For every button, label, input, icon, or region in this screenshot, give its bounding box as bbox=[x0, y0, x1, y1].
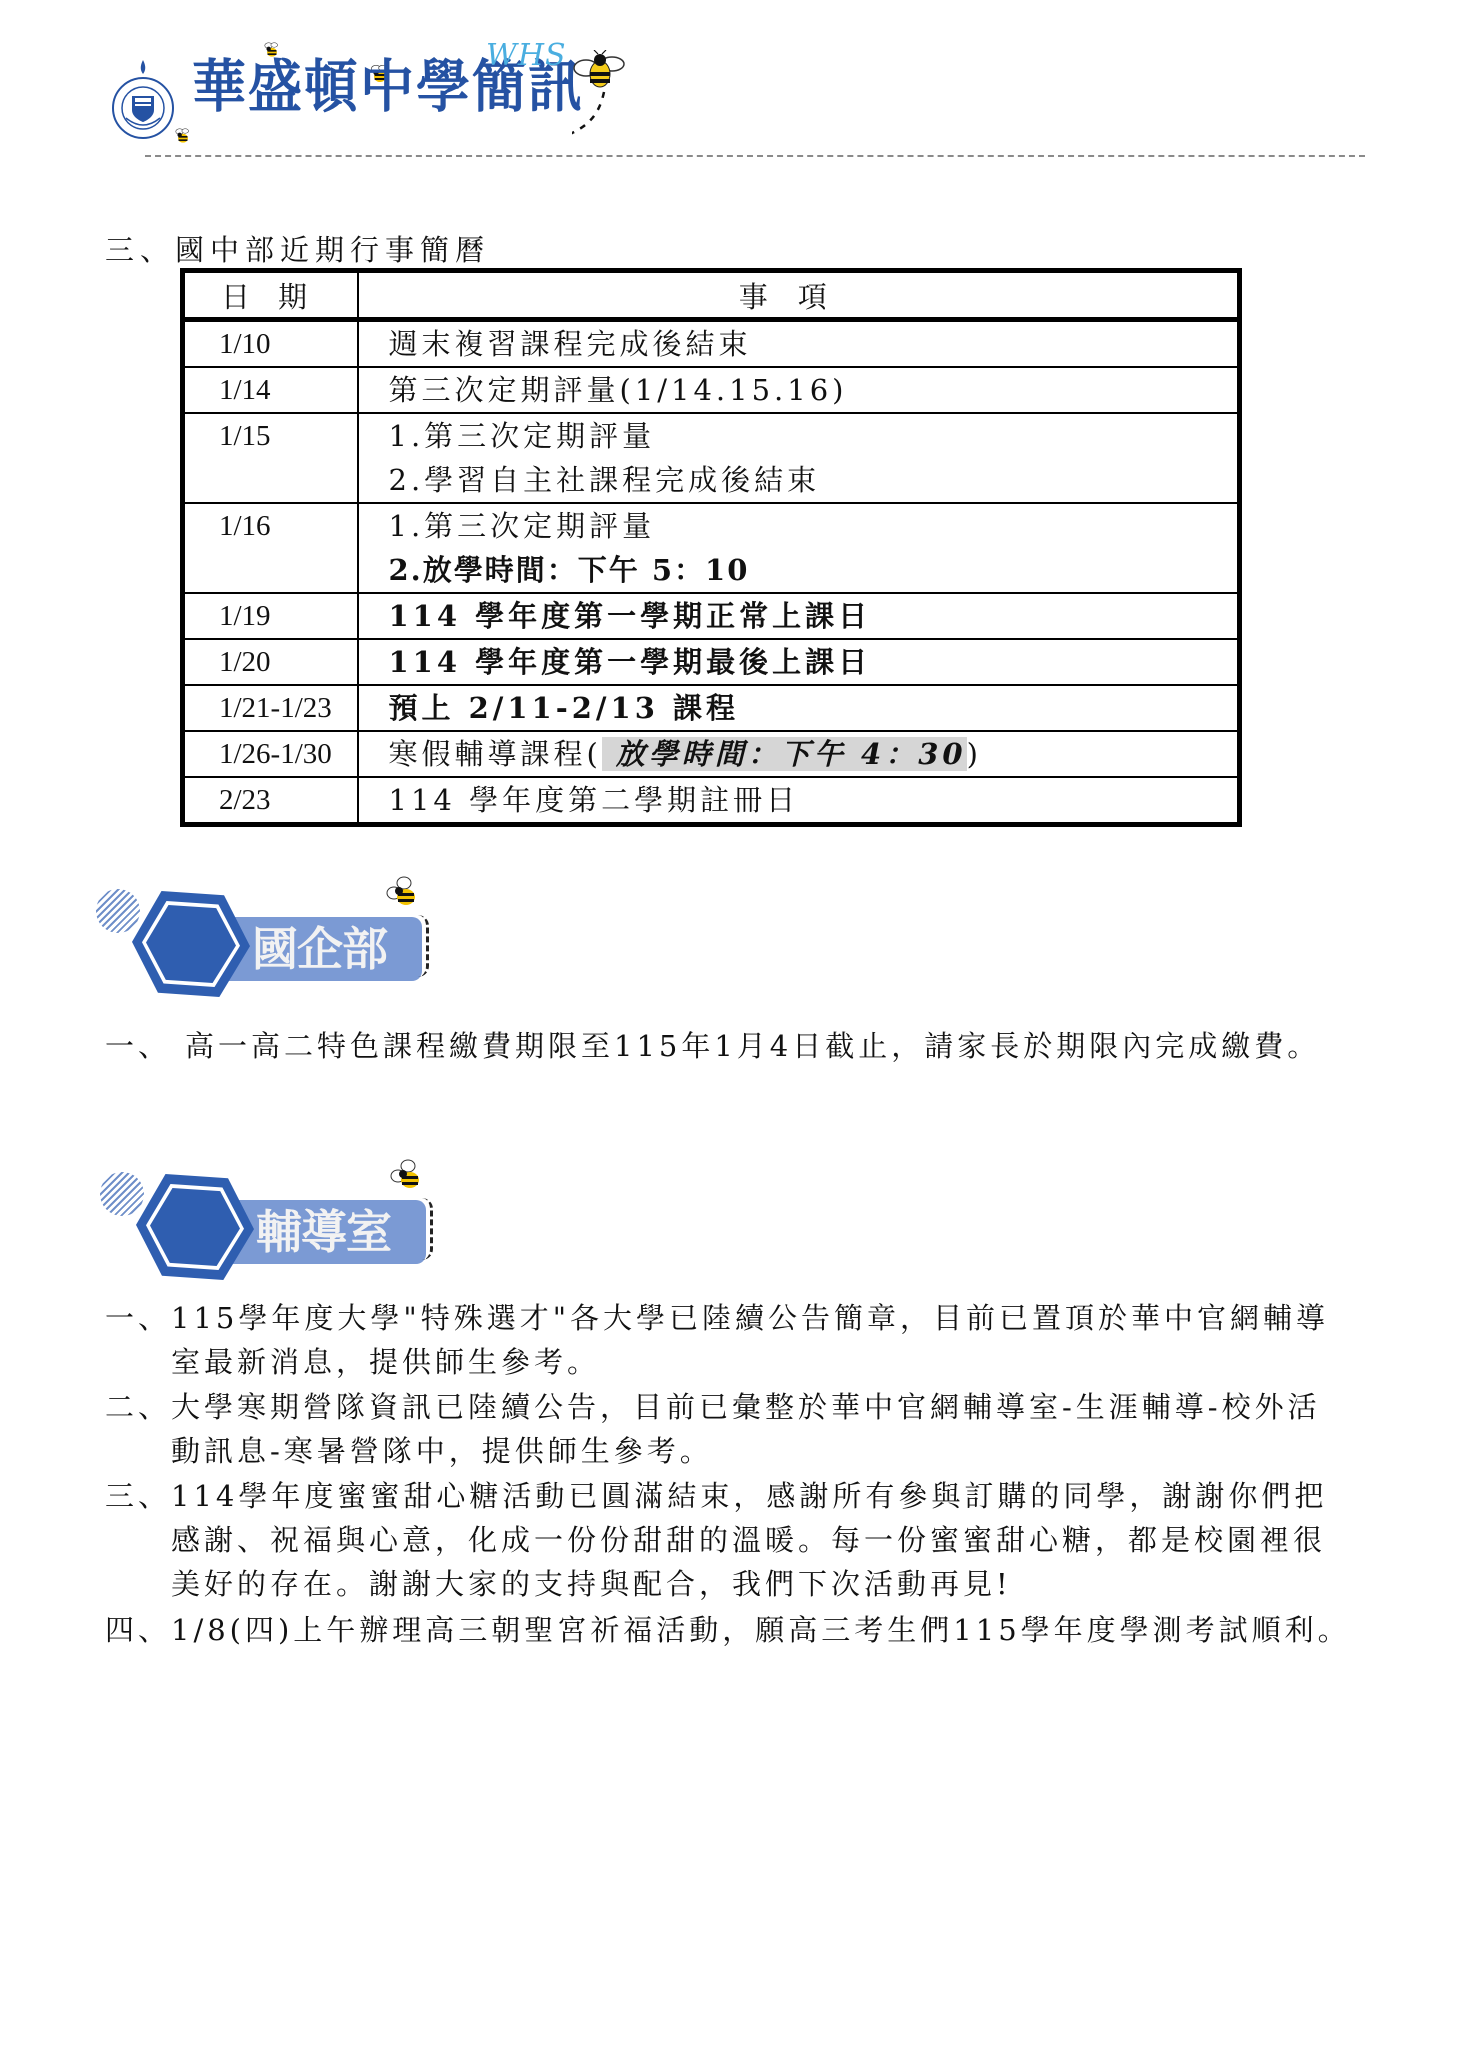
event-cell: 週末複習課程完成後結束 bbox=[358, 320, 1240, 368]
date-cell: 1/16 bbox=[183, 503, 358, 593]
bee-icon bbox=[388, 1158, 424, 1194]
junior-calendar-table: 日期 事項 1/10 週末複習課程完成後結束 1/14 第三次定期評量(1/14… bbox=[180, 268, 1242, 827]
table-row: 1/10 週末複習課程完成後結束 bbox=[183, 320, 1240, 368]
list-marker: 四、 bbox=[105, 1608, 171, 1652]
event-line: 1.第三次定期評量 bbox=[389, 414, 1238, 458]
event-cell: 1.第三次定期評量 2.學習自主社課程完成後結束 bbox=[358, 413, 1240, 503]
list-marker: 三、 bbox=[105, 1474, 171, 1518]
list-text-line: 美好的存在。謝謝大家的支持與配合，我們下次活動再見! bbox=[105, 1562, 1395, 1606]
event-cell: 寒假輔導課程( 放學時間：下午 4：30) bbox=[358, 731, 1240, 777]
school-seal-logo bbox=[110, 58, 176, 142]
event-cell: 114 學年度第一學期正常上課日 bbox=[358, 593, 1240, 639]
date-cell: 1/19 bbox=[183, 593, 358, 639]
list-text-line: 動訊息-寒暑營隊中，提供師生參考。 bbox=[105, 1429, 1395, 1473]
list-text-line: 115學年度大學"特殊選才"各大學已陸續公告簡章，目前已置頂於華中官網輔導 bbox=[105, 1296, 1395, 1340]
list-text-line: 1/8(四)上午辦理高三朝聖宮祈福活動，願高三考生們115學年度學測考試順利。 bbox=[105, 1608, 1395, 1652]
section-banner-counseling: 輔導室 bbox=[96, 1158, 436, 1278]
table-row: 1/20 114 學年度第一學期最後上課日 bbox=[183, 639, 1240, 685]
header-divider bbox=[145, 155, 1365, 157]
list-marker: 一、 bbox=[105, 1296, 171, 1340]
bee-icon bbox=[173, 126, 193, 146]
table-row: 1/15 1.第三次定期評量 2.學習自主社課程完成後結束 bbox=[183, 413, 1240, 503]
table-row: 2/23 114 學年度第二學期註冊日 bbox=[183, 777, 1240, 825]
table-row: 1/16 1.第三次定期評量 2.放學時間：下午 5：10 bbox=[183, 503, 1240, 593]
event-line: 1.第三次定期評量 bbox=[389, 504, 1238, 548]
bee-icon bbox=[384, 875, 420, 911]
column-header-date: 日期 bbox=[183, 271, 358, 320]
date-cell: 1/15 bbox=[183, 413, 358, 503]
event-text-suffix: ) bbox=[967, 737, 982, 771]
list-marker: 二、 bbox=[105, 1385, 171, 1429]
date-cell: 2/23 bbox=[183, 777, 358, 825]
event-cell: 114 學年度第一學期最後上課日 bbox=[358, 639, 1240, 685]
list-text-line: 感謝、祝福與心意，化成一份份甜甜的溫暖。每一份蜜蜜甜心糖，都是校園裡很 bbox=[105, 1518, 1395, 1562]
date-cell: 1/21-1/23 bbox=[183, 685, 358, 731]
list-text: 高一高二特色課程繳費期限至115年1月4日截止，請家長於期限內完成繳費。 bbox=[105, 1024, 1395, 1068]
table-row: 1/14 第三次定期評量(1/14.15.16) bbox=[183, 367, 1240, 413]
list-item: 一、 高一高二特色課程繳費期限至115年1月4日截止，請家長於期限內完成繳費。 bbox=[105, 1024, 1395, 1068]
table-row: 1/21-1/23 預上 2/11-2/13 課程 bbox=[183, 685, 1240, 731]
highlighted-dismissal-time: 放學時間：下午 4：30 bbox=[602, 737, 967, 771]
list-item: 一、 115學年度大學"特殊選才"各大學已陸續公告簡章，目前已置頂於華中官網輔導… bbox=[105, 1296, 1395, 1384]
date-cell: 1/20 bbox=[183, 639, 358, 685]
event-cell: 第三次定期評量(1/14.15.16) bbox=[358, 367, 1240, 413]
event-line: 2.學習自主社課程完成後結束 bbox=[389, 458, 1238, 502]
flying-bee-icon bbox=[572, 50, 632, 150]
event-cell: 1.第三次定期評量 2.放學時間：下午 5：10 bbox=[358, 503, 1240, 593]
event-text: 寒假輔導課程( bbox=[389, 737, 602, 771]
event-line-dismissal-time: 2.放學時間：下午 5：10 bbox=[389, 548, 1238, 592]
list-marker: 一、 bbox=[105, 1024, 171, 1068]
date-cell: 1/26-1/30 bbox=[183, 731, 358, 777]
table-row: 1/19 114 學年度第一學期正常上課日 bbox=[183, 593, 1240, 639]
column-header-event: 事項 bbox=[358, 271, 1240, 320]
whs-tagline: WHS bbox=[486, 38, 567, 73]
date-cell: 1/14 bbox=[183, 367, 358, 413]
list-text-line: 114學年度蜜蜜甜心糖活動已圓滿結束，感謝所有參與訂購的同學，謝謝你們把 bbox=[105, 1474, 1395, 1518]
banner-label: 國企部 bbox=[252, 921, 387, 977]
list-text-line: 大學寒期營隊資訊已陸續公告，目前已彙整於華中官網輔導室-生涯輔導-校外活 bbox=[105, 1385, 1395, 1429]
section-title-junior-calendar: 三、國中部近期行事簡曆 bbox=[105, 228, 490, 269]
bee-trail-decoration bbox=[422, 1198, 433, 1260]
list-item: 二、 大學寒期營隊資訊已陸續公告，目前已彙整於華中官網輔導室-生涯輔導-校外活 … bbox=[105, 1385, 1395, 1473]
event-cell: 預上 2/11-2/13 課程 bbox=[358, 685, 1240, 731]
bee-trail-decoration bbox=[418, 915, 429, 977]
table-row: 1/26-1/30 寒假輔導課程( 放學時間：下午 4：30) bbox=[183, 731, 1240, 777]
event-cell: 114 學年度第二學期註冊日 bbox=[358, 777, 1240, 825]
banner-label: 輔導室 bbox=[256, 1204, 391, 1260]
table-header-row: 日期 事項 bbox=[183, 271, 1240, 320]
event-text: 第三次定期評量(1/14.15.16) bbox=[389, 373, 848, 407]
list-item: 三、 114學年度蜜蜜甜心糖活動已圓滿結束，感謝所有參與訂購的同學，謝謝你們把 … bbox=[105, 1474, 1395, 1606]
striped-circle-decoration bbox=[96, 889, 140, 933]
section-banner-international: 國企部 bbox=[92, 875, 432, 995]
list-text-line: 室最新消息，提供師生參考。 bbox=[105, 1340, 1395, 1384]
date-cell: 1/10 bbox=[183, 320, 358, 368]
striped-circle-decoration bbox=[100, 1172, 144, 1216]
list-item: 四、 1/8(四)上午辦理高三朝聖宮祈福活動，願高三考生們115學年度學測考試順… bbox=[105, 1608, 1395, 1652]
